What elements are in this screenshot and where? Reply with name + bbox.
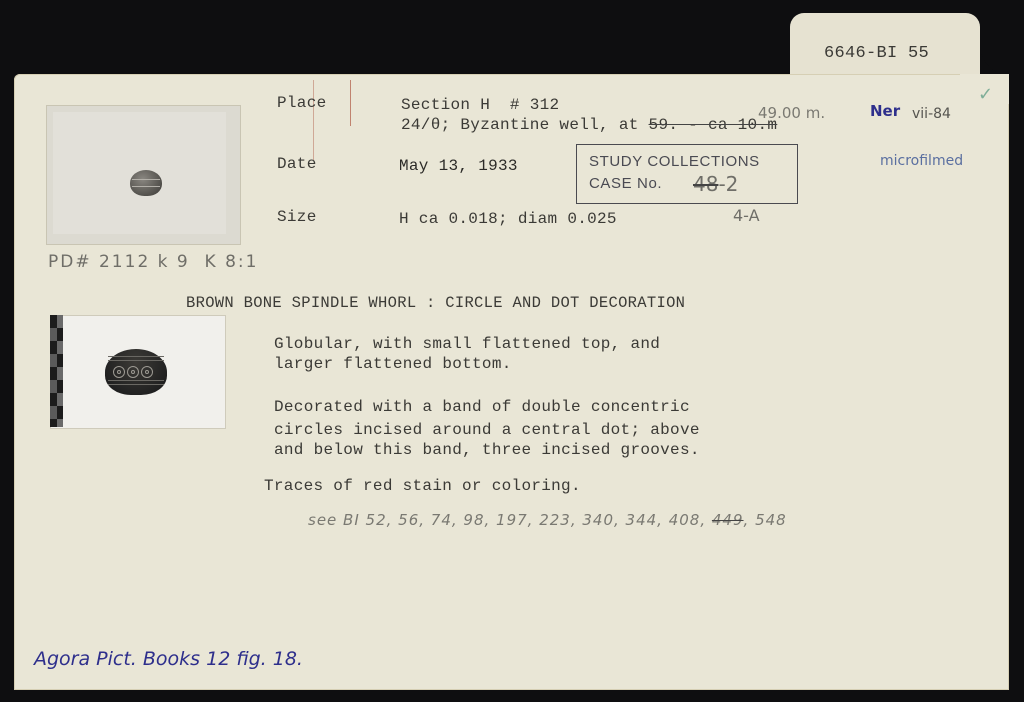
place-label: Place [277,94,327,112]
card-edge-notch [980,13,1024,75]
ner-stamp: Ner [870,102,900,120]
catalog-number: 6646-BI 55 [824,44,929,63]
stamp-line-2: CASE No. [589,175,662,192]
place-line-1: Section H # 312 [401,96,559,114]
red-rule-line [350,80,351,126]
size-value: H ca 0.018; diam 0.025 [399,210,617,228]
red-rule-line [313,80,314,160]
microfilmed-stamp: microfilmed [880,153,963,169]
see-also-references: see BI 52, 56, 74, 98, 197, 223, 340, 34… [308,511,787,529]
case-handwritten-new: 4-A [733,206,760,225]
spindle-whorl-image [105,349,167,395]
date-value: May 13, 1933 [399,157,518,175]
note-text: Traces of red stain or coloring. [264,477,581,495]
checkmark-icon: ✓ [978,84,993,105]
case-number: 48-2 [693,172,738,196]
handwritten-depth: 49.00 m. [758,104,825,122]
pd-number: PD# 2112 k 9 K 8:1 [48,252,258,272]
stamp-line-1: STUDY COLLECTIONS [589,153,760,170]
description-line: circles incised around a central dot; ab… [274,421,700,439]
description-line: Decorated with a band of double concentr… [274,398,690,416]
photo-scale-bar [57,315,63,427]
description-line: and below this band, three incised groov… [274,441,700,459]
size-label: Size [277,208,317,226]
spindle-whorl-image [130,170,162,196]
object-title: BROWN BONE SPINDLE WHORL : CIRCLE AND DO… [186,294,685,312]
description-line: Globular, with small flattened top, and [274,335,660,353]
bibliography-note: Agora Pict. Books 12 fig. 18. [34,648,303,670]
place-line-2: 24/θ; Byzantine well, at 59. - ca 10.m [401,116,777,134]
date-label: Date [277,155,317,173]
ner-date: vii-84 [912,106,951,122]
description-line: larger flattened bottom. [274,355,512,373]
